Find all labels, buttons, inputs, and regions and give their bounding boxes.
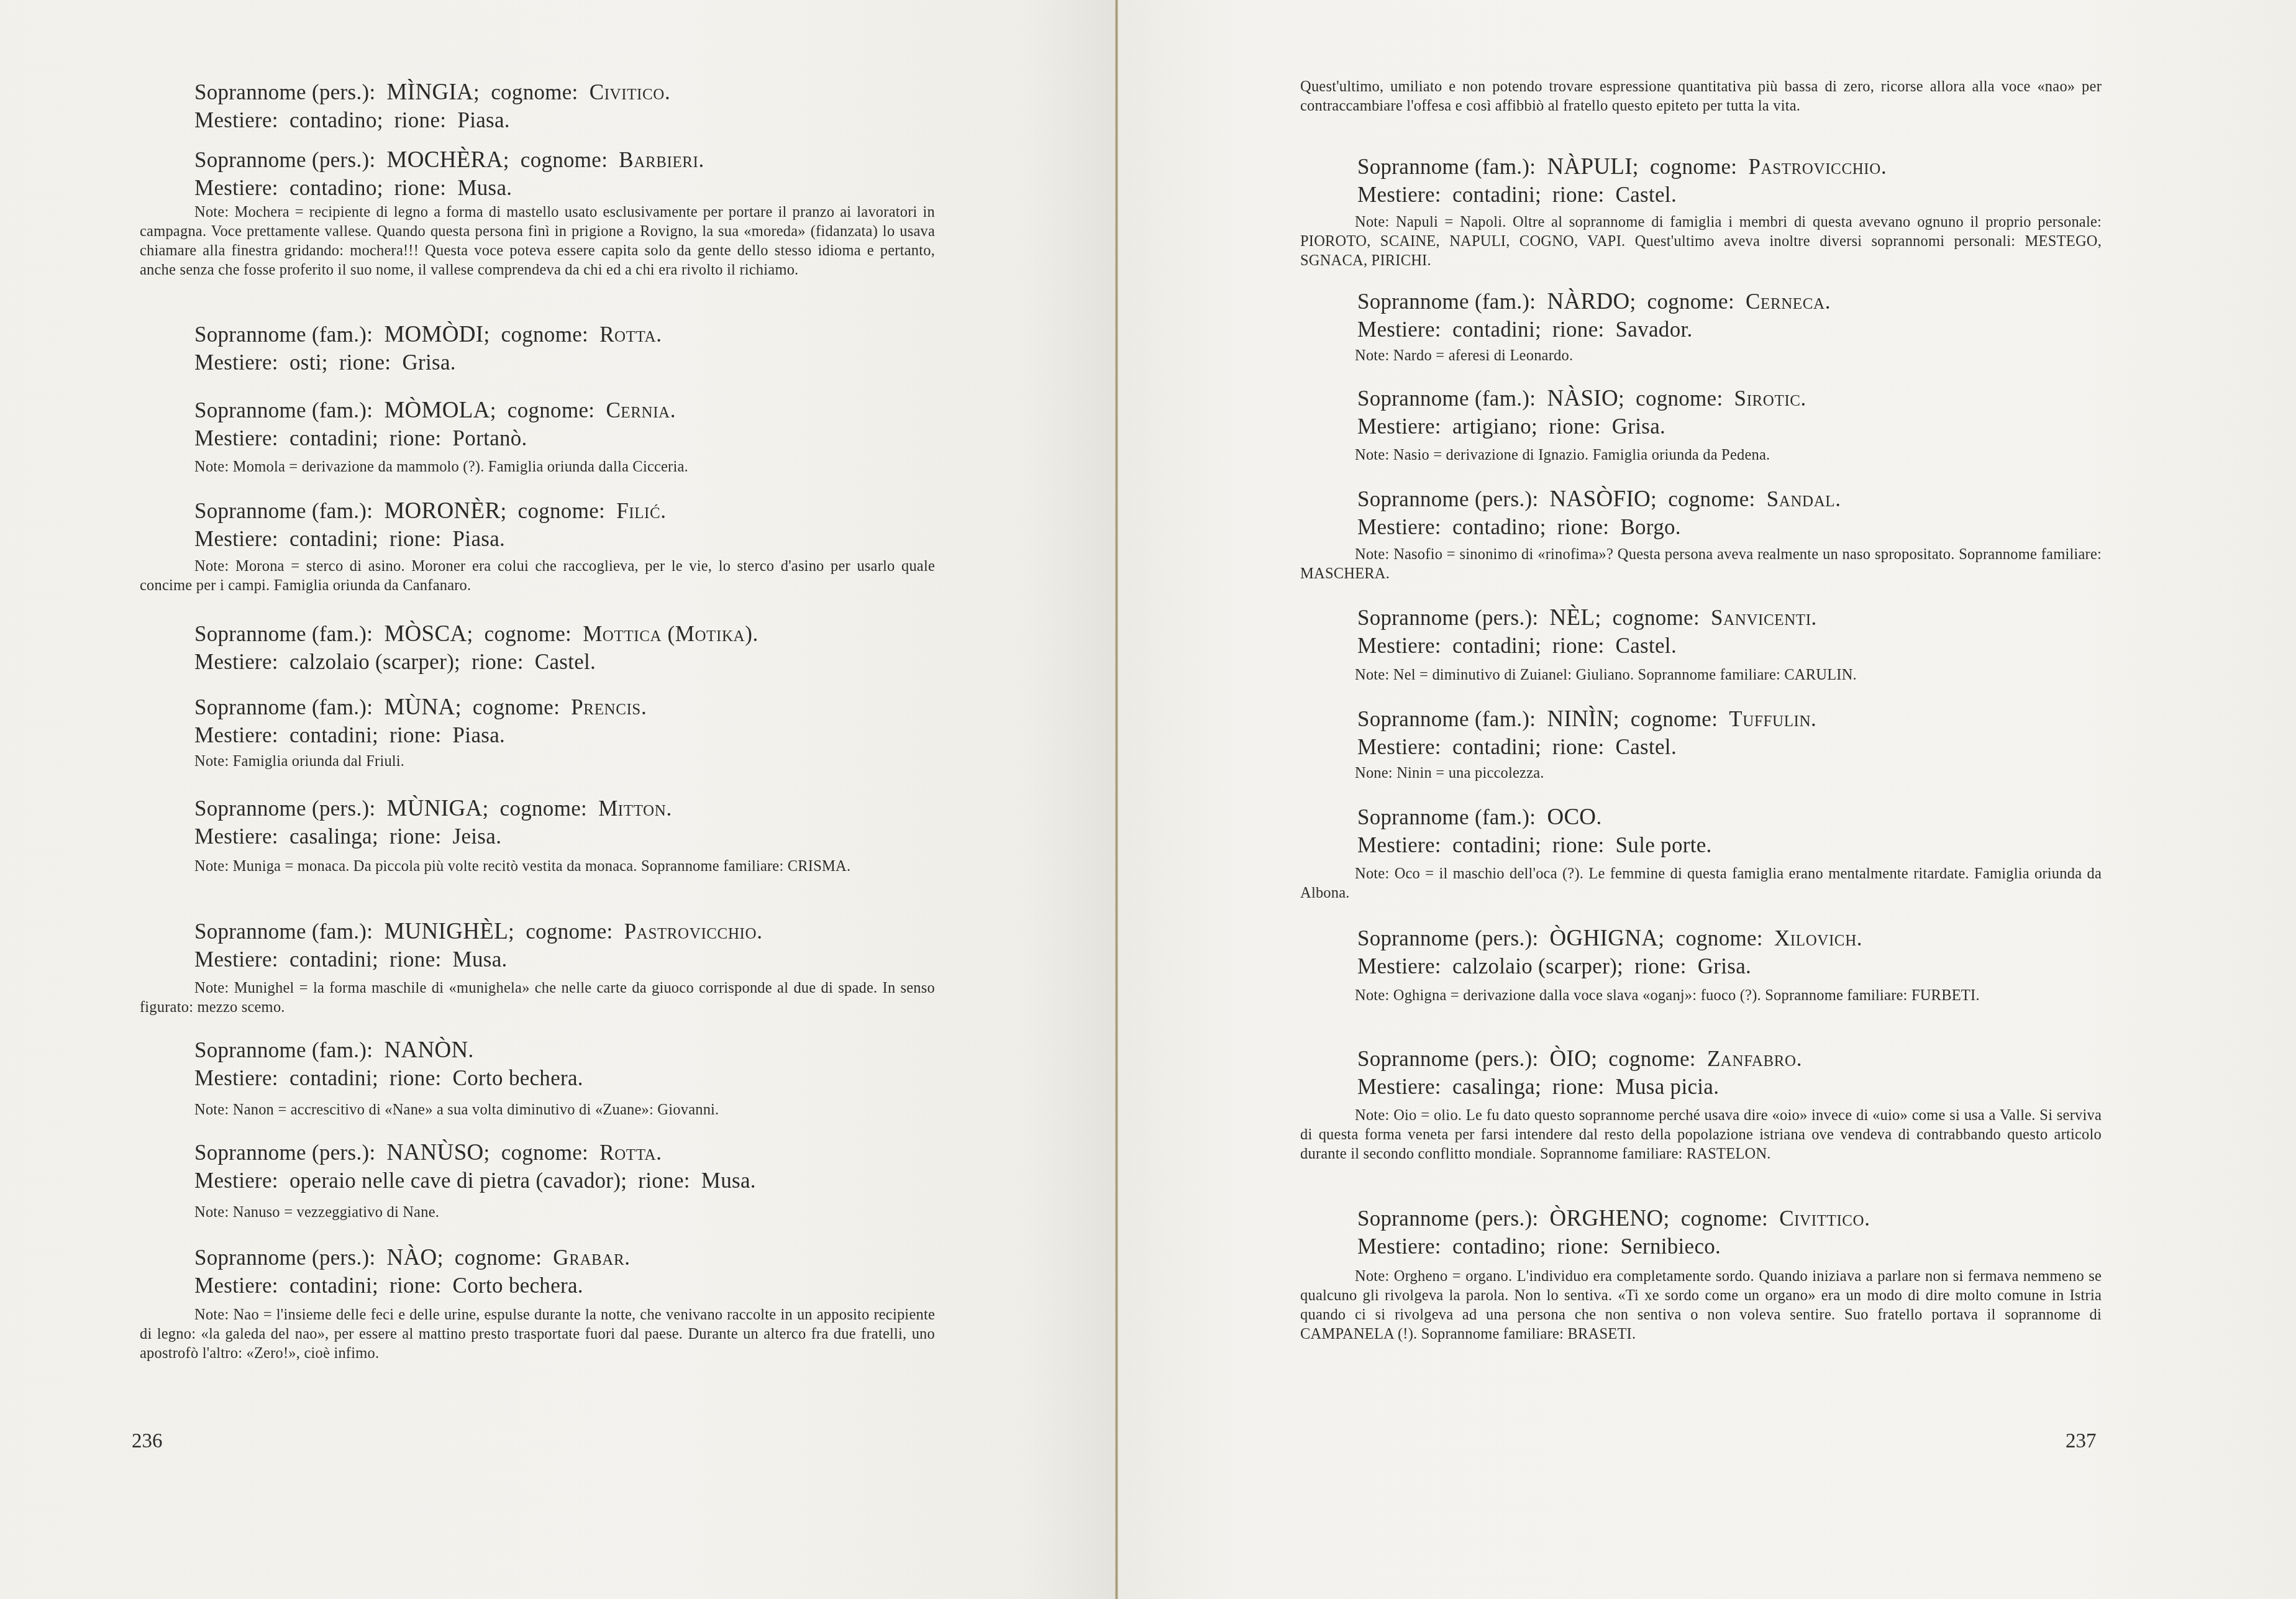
entry-trade-district: Mestiere: contadini; rione: Corto becher… — [194, 1065, 583, 1091]
trade: contadini — [289, 426, 372, 450]
entry-heading: Soprannome (fam.): MÙNA; cognome: Prenci… — [194, 695, 647, 721]
district: Jeisa — [453, 824, 496, 849]
district: Musa — [457, 176, 506, 200]
trade: contadini — [289, 1273, 372, 1298]
entry-note: Note: Oghigna = derivazione dalla voce s… — [1300, 986, 2102, 1005]
district: Musa — [701, 1168, 750, 1193]
district: Musa — [453, 947, 502, 972]
surname: Rotta — [599, 1141, 656, 1165]
district: Piasa — [457, 108, 504, 132]
entry-heading: Soprannome (pers.): ÒGHIGNA; cognome: Xi… — [1357, 926, 1862, 952]
entry-note: Note: Momola = derivazione da mammolo (?… — [140, 457, 935, 476]
trade: casalinga — [289, 824, 372, 849]
entry-note: Note: Nardo = aferesi di Leonardo. — [1300, 346, 2102, 365]
entry-heading: Soprannome (fam.): MÒSCA; cognome: Motti… — [194, 621, 758, 647]
entry-heading: Soprannome (fam.): MORONÈR; cognome: Fil… — [194, 498, 666, 524]
entry-heading: Soprannome (pers.): NÀO; cognome: Grabar… — [194, 1245, 630, 1271]
entry-trade-district: Mestiere: operaio nelle cave di pietra (… — [194, 1168, 756, 1194]
entry-trade-district: Mestiere: contadini; rione: Castel. — [1357, 633, 1677, 659]
entry-note: Note: Nel = diminutivo di Zuianel: Giuli… — [1300, 665, 2102, 685]
district: Grisa — [402, 350, 450, 375]
nickname-prefix: Soprannome (fam.): — [194, 1038, 384, 1062]
trade: casalinga — [1452, 1075, 1535, 1099]
nickname: NÈL — [1550, 605, 1595, 631]
trade: contadino — [1452, 1234, 1540, 1259]
district: Castel — [535, 650, 590, 674]
trade: contadini — [289, 947, 372, 972]
entry-note: Note: Munighel = la forma maschile di «m… — [140, 978, 935, 1017]
entry-heading: Soprannome (pers.): NASÒFIO; cognome: Sa… — [1357, 486, 1841, 512]
entry-trade-district: Mestiere: artigiano; rione: Grisa. — [1357, 414, 1665, 440]
trade: osti — [289, 350, 322, 375]
nickname-prefix: Soprannome (pers.): — [194, 1141, 387, 1165]
nickname: NANÙSO — [387, 1140, 484, 1165]
surname: Rotta — [599, 322, 656, 347]
trade: calzolaio (scarper) — [1452, 954, 1617, 978]
trade: contadini — [1452, 735, 1535, 759]
entry-trade-district: Mestiere: contadino; rione: Borgo. — [1357, 514, 1681, 540]
surname: Zanfabro — [1707, 1047, 1797, 1071]
trade: contadini — [1452, 183, 1535, 207]
entry-trade-district: Mestiere: casalinga; rione: Jeisa. — [194, 824, 501, 850]
entry-heading: Soprannome (pers.): ÒRGHENO; cognome: Ci… — [1357, 1206, 1870, 1232]
nickname: NANÒN — [384, 1037, 468, 1063]
nickname: NÀO — [387, 1245, 437, 1270]
entry-heading: Soprannome (fam.): MUNIGHÈL; cognome: Pa… — [194, 919, 762, 945]
nickname-prefix: Soprannome (fam.): — [1357, 289, 1547, 314]
surname: Filić — [616, 499, 660, 523]
nickname: NÀSIO — [1547, 386, 1618, 411]
district: Borgo — [1620, 515, 1675, 539]
entry-note: Note: Mochera = recipiente di legno a fo… — [140, 203, 935, 280]
surname: Mottica (Motika) — [583, 622, 752, 646]
nickname: ÒIO — [1550, 1046, 1592, 1072]
nickname: NINÌN — [1547, 706, 1613, 732]
nickname-prefix: Soprannome (pers.): — [1357, 1206, 1550, 1231]
entry-trade-district: Mestiere: contadini; rione: Corto becher… — [194, 1273, 583, 1299]
nickname-prefix: Soprannome (pers.): — [1357, 606, 1550, 630]
surname: Barbieri — [619, 148, 698, 172]
district: Grisa — [1612, 414, 1660, 439]
entry-note: Note: Nasio = derivazione di Ignazio. Fa… — [1300, 445, 2102, 465]
surname: Pastrovicchio — [1749, 155, 1881, 179]
entry-trade-district: Mestiere: casalinga; rione: Musa picia. — [1357, 1074, 1719, 1100]
entry-trade-district: Mestiere: contadini; rione: Castel. — [1357, 734, 1677, 760]
district: Sule porte — [1616, 833, 1706, 857]
entry-heading: Soprannome (fam.): MÒMOLA; cognome: Cern… — [194, 398, 676, 424]
surname: Xilovich — [1774, 926, 1857, 950]
entry-note: Note: Orgheno = organo. L'individuo era … — [1300, 1267, 2102, 1344]
entry-trade-district: Mestiere: contadini; rione: Portanò. — [194, 426, 527, 452]
entry-note: Note: Muniga = monaca. Da piccola più vo… — [140, 857, 935, 876]
trade: contadino — [289, 176, 377, 200]
district: Castel — [1616, 634, 1671, 658]
entry-heading: Soprannome (fam.): OCO. — [1357, 804, 1601, 831]
entry-heading: Soprannome (fam.): NÀSIO; cognome: Sirot… — [1357, 386, 1806, 412]
entry-note: None: Ninin = una piccolezza. — [1300, 763, 2102, 783]
trade: contadini — [289, 1066, 372, 1090]
surname: Sirotic — [1734, 386, 1801, 411]
entry-heading: Soprannome (pers.): ÒIO; cognome: Zanfab… — [1357, 1046, 1802, 1072]
entry-heading: Soprannome (fam.): NÀPULI; cognome: Past… — [1357, 154, 1887, 180]
nickname-prefix: Soprannome (pers.): — [1357, 926, 1550, 950]
nickname-prefix: Soprannome (fam.): — [194, 499, 384, 523]
district: Savador — [1616, 317, 1687, 342]
surname: Mitton — [598, 796, 666, 821]
nickname-prefix: Soprannome (pers.): — [194, 796, 387, 821]
entry-note: Note: Nasofio = sinonimo di «rinofima»? … — [1300, 545, 2102, 583]
entry-note: Note: Nanon = accrescitivo di «Nane» a s… — [140, 1100, 935, 1119]
district: Portanò — [453, 426, 522, 450]
nickname-prefix: Soprannome (fam.): — [194, 919, 384, 944]
nickname: NASÒFIO — [1550, 486, 1651, 512]
entry-note: Note: Napuli = Napoli. Oltre al sopranno… — [1300, 212, 2102, 270]
continuation-paragraph: Quest'ultimo, umiliato e non potendo tro… — [1300, 77, 2102, 116]
entry-trade-district: Mestiere: calzolaio (scarper); rione: Gr… — [1357, 954, 1751, 980]
district: Sernibieco — [1620, 1234, 1715, 1259]
trade: artigiano — [1452, 414, 1531, 439]
trade: contadini — [1452, 317, 1535, 342]
entry-trade-district: Mestiere: contadino; rione: Sernibieco. — [1357, 1234, 1721, 1260]
district: Castel — [1616, 735, 1671, 759]
surname: Cerneca — [1746, 289, 1825, 314]
entry-heading: Soprannome (pers.): NÈL; cognome: Sanvic… — [1357, 605, 1817, 631]
entry-heading: Soprannome (fam.): NINÌN; cognome: Tuffu… — [1357, 706, 1816, 732]
nickname: OCO — [1547, 804, 1596, 830]
nickname-prefix: Soprannome (fam.): — [194, 398, 384, 422]
trade: contadini — [1452, 833, 1535, 857]
entry-note: Note: Nanuso = vezzeggiativo di Nane. — [140, 1203, 935, 1222]
entry-trade-district: Mestiere: contadini; rione: Savador. — [1357, 317, 1693, 343]
district: Corto bechera — [453, 1273, 578, 1298]
nickname-prefix: Soprannome (fam.): — [1357, 386, 1547, 411]
surname: Pastrovicchio — [624, 919, 757, 944]
entry-trade-district: Mestiere: contadini; rione: Sule porte. — [1357, 832, 1712, 859]
surname: Cernia — [606, 398, 670, 422]
entry-note: Note: Oio = olio. Le fu dato questo sopr… — [1300, 1106, 2102, 1164]
entry-heading: Soprannome (fam.): NANÒN. — [194, 1037, 474, 1064]
surname: Sandal — [1767, 487, 1836, 511]
nickname: NÀRDO — [1547, 289, 1629, 314]
nickname-prefix: Soprannome (fam.): — [194, 622, 384, 646]
entry-trade-district: Mestiere: contadini; rione: Piasa. — [194, 722, 505, 749]
entry-heading: Soprannome (pers.): MOCHÈRA; cognome: Ba… — [194, 147, 704, 173]
nickname: MOCHÈRA — [387, 147, 503, 173]
nickname-prefix: Soprannome (pers.): — [194, 80, 387, 104]
entry-note: Note: Oco = il maschio dell'oca (?). Le … — [1300, 864, 2102, 903]
entry-note: Note: Famiglia oriunda dal Friuli. — [140, 752, 935, 771]
entry-trade-district: Mestiere: contadini; rione: Castel. — [1357, 182, 1677, 208]
entry-trade-district: Mestiere: contadini; rione: Piasa. — [194, 526, 505, 552]
nickname: ÒGHIGNA — [1550, 926, 1659, 951]
surname: Prencis — [571, 695, 641, 719]
trade: calzolaio (scarper) — [289, 650, 454, 674]
nickname-prefix: Soprannome (fam.): — [194, 322, 384, 347]
nickname: MORONÈR — [384, 498, 500, 524]
entry-heading: Soprannome (fam.): MOMÒDI; cognome: Rott… — [194, 322, 662, 348]
surname: Sanvicenti — [1711, 606, 1811, 630]
page-number-right: 237 — [2066, 1430, 2097, 1453]
nickname: MÒSCA — [384, 621, 467, 647]
nickname: MUNIGHÈL — [384, 919, 508, 944]
district: Musa picia — [1616, 1075, 1714, 1099]
nickname-prefix: Soprannome (fam.): — [1357, 155, 1547, 179]
nickname: MOMÒDI — [384, 322, 483, 347]
nickname-prefix: Soprannome (pers.): — [194, 1246, 387, 1270]
entry-heading: Soprannome (pers.): MÙNIGA; cognome: Mit… — [194, 796, 672, 822]
trade: contadini — [289, 723, 372, 747]
trade: operaio nelle cave di pietra (cavador) — [289, 1168, 621, 1193]
surname: Tuffulin — [1729, 707, 1811, 731]
nickname-prefix: Soprannome (pers.): — [1357, 1047, 1550, 1071]
entry-trade-district: Mestiere: contadino; rione: Piasa. — [194, 107, 510, 134]
nickname: MÌNGIA — [387, 80, 474, 105]
trade: contadini — [289, 527, 372, 551]
entry-trade-district: Mestiere: osti; rione: Grisa. — [194, 350, 456, 376]
surname: Civittico — [1779, 1206, 1864, 1231]
surname: Civitico — [590, 80, 665, 104]
page-number-left: 236 — [132, 1430, 163, 1453]
entry-trade-district: Mestiere: calzolaio (scarper); rione: Ca… — [194, 649, 596, 675]
trade: contadino — [289, 108, 377, 132]
nickname: MÙNA — [384, 695, 455, 720]
district: Piasa — [453, 723, 499, 747]
nickname: NÀPULI — [1547, 154, 1632, 180]
entry-trade-district: Mestiere: contadini; rione: Musa. — [194, 947, 508, 973]
entry-trade-district: Mestiere: contadino; rione: Musa. — [194, 175, 512, 201]
nickname-prefix: Soprannome (pers.): — [1357, 487, 1550, 511]
district: Castel — [1616, 183, 1671, 207]
nickname-prefix: Soprannome (fam.): — [1357, 805, 1547, 829]
trade: contadino — [1452, 515, 1540, 539]
nickname-prefix: Soprannome (fam.): — [1357, 707, 1547, 731]
nickname-prefix: Soprannome (fam.): — [194, 695, 384, 719]
entry-heading: Soprannome (fam.): NÀRDO; cognome: Cerne… — [1357, 289, 1831, 315]
nickname: ÒRGHENO — [1550, 1206, 1664, 1231]
entry-heading: Soprannome (pers.): NANÙSO; cognome: Rot… — [194, 1140, 662, 1166]
trade: contadini — [1452, 634, 1535, 658]
nickname-prefix: Soprannome (pers.): — [194, 148, 387, 172]
surname: Grabar — [553, 1246, 624, 1270]
entry-note: Note: Nao = l'insieme delle feci e delle… — [140, 1305, 935, 1363]
entry-heading: Soprannome (pers.): MÌNGIA; cognome: Civ… — [194, 80, 670, 106]
nickname: MÒMOLA — [384, 398, 490, 423]
district: Corto bechera — [453, 1066, 578, 1090]
district: Grisa — [1698, 954, 1746, 978]
district: Piasa — [453, 527, 499, 551]
nickname: MÙNIGA — [387, 796, 483, 821]
entry-note: Note: Morona = sterco di asino. Moroner … — [140, 557, 935, 595]
